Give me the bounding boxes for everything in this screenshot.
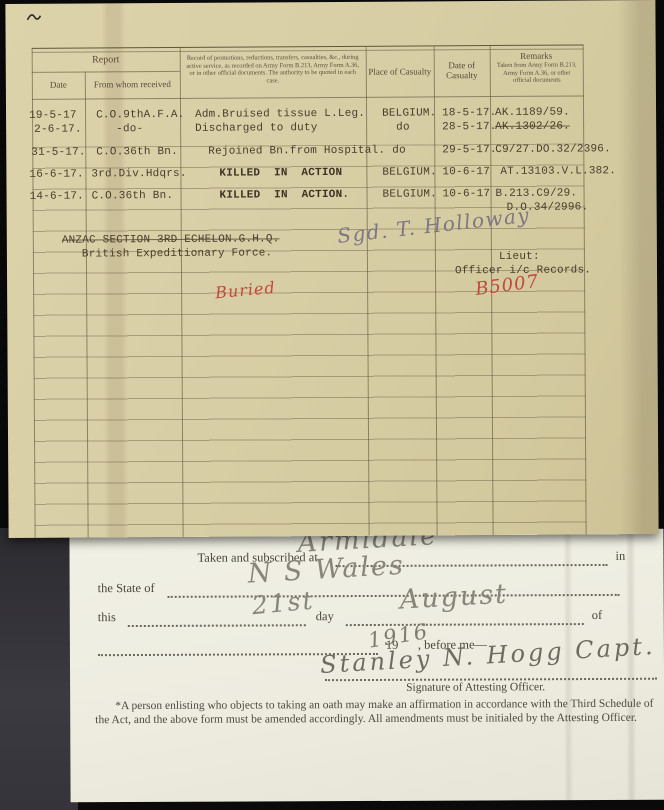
cell-record: KILLED IN ACTION bbox=[219, 167, 342, 180]
header-date: Date bbox=[32, 80, 85, 90]
cell-from-whom: -do- bbox=[116, 123, 143, 135]
header-remarks: Remarks bbox=[490, 50, 583, 61]
attest-line3-of-label: of bbox=[592, 608, 602, 623]
dotted-line bbox=[128, 623, 306, 627]
cell-casualty-date: 10-6-17 bbox=[443, 188, 491, 200]
cell-remarks: B.213.C9/29. bbox=[496, 188, 578, 200]
table-row: 2-6-17. -do- Discharged to duty do 28-5-… bbox=[5, 0, 655, 4]
dotted-line bbox=[168, 593, 620, 598]
cell-place: BELGIUM. bbox=[382, 166, 436, 178]
cell-report-date: 31-5-17. bbox=[31, 147, 85, 159]
attest-line1-suffix: in bbox=[615, 549, 625, 564]
cell-record: KILLED IN ACTION. bbox=[220, 189, 350, 202]
scan-background: Report Date From whom received Record of… bbox=[0, 0, 664, 810]
ruled-lines bbox=[32, 143, 586, 536]
cell-place: BELGIUM. bbox=[382, 107, 436, 119]
cell-from-whom: C.O.36th Bn. bbox=[96, 146, 178, 158]
cell-remarks: AK.1189/59. bbox=[495, 107, 570, 119]
cell-remarks: AT.13103.V.L.382. bbox=[500, 165, 616, 178]
signature-caption: Signature of Attesting Officer. bbox=[406, 681, 545, 694]
table-row: 19-5-17 C.O.9thA.F.A. Adm.Bruised tissue… bbox=[5, 0, 655, 4]
affirmation-footnote: *A person enlisting who objects to takin… bbox=[95, 697, 660, 727]
day-handwriting: 21st bbox=[251, 586, 316, 621]
month-handwriting: August bbox=[399, 579, 509, 616]
casualty-form-page: Report Date From whom received Record of… bbox=[5, 0, 658, 538]
header-record: Record of promotions, reductions, transf… bbox=[185, 54, 361, 85]
cell-from-whom: C.O.36th Bn. bbox=[92, 190, 174, 202]
office-rank: Lieut: bbox=[499, 251, 540, 263]
cell-place: do bbox=[392, 145, 406, 157]
attestation-page: Taken and subscribed at in Armidale the … bbox=[69, 529, 664, 803]
office-line1: ANZAC SECTION 3RD ECHELON.G.H.Q. bbox=[62, 233, 280, 246]
header-place: Place of Casualty bbox=[366, 66, 434, 76]
cell-remarks: C9/27.DO.32/2396. bbox=[495, 143, 611, 156]
attest-line2-prefix: the State of bbox=[98, 581, 155, 596]
attest-line3-day-label: day bbox=[316, 609, 334, 624]
table-row: 31-5-17. C.O.36th Bn. Rejoined Bn.from H… bbox=[5, 0, 655, 4]
cell-place: do bbox=[396, 122, 410, 134]
pen-scribble-icon bbox=[25, 10, 51, 24]
cell-report-date: 16-6-17. bbox=[29, 169, 83, 181]
cell-report-date: 14-6-17. bbox=[30, 191, 84, 203]
cell-report-date: 19-5-17 bbox=[29, 110, 77, 122]
cell-casualty-date: 28-5-17. bbox=[442, 121, 496, 133]
cell-casualty-date: 29-5-17. bbox=[442, 144, 496, 156]
header-from-whom: From whom received bbox=[85, 79, 180, 90]
header-report: Report bbox=[32, 54, 180, 66]
report-subheader-rule bbox=[32, 71, 180, 73]
cell-remarks: AK.1302/26. bbox=[495, 121, 570, 133]
cell-casualty-date: 10-6-17 bbox=[442, 166, 490, 178]
office-line2: British Expeditionary Force. bbox=[82, 247, 273, 260]
cell-record: Discharged to duty bbox=[195, 122, 317, 135]
attest-line3-prefix: this bbox=[98, 610, 116, 625]
header-date-of-casualty: Date of Casualty bbox=[434, 60, 490, 80]
header-bottom-rule bbox=[32, 95, 584, 99]
cell-casualty-date: 18-5-17. bbox=[442, 107, 496, 119]
table-row: 14-6-17. C.O.36th Bn. KILLED IN ACTION. … bbox=[5, 0, 655, 4]
cell-report-date: 2-6-17. bbox=[34, 124, 82, 136]
table-row: 16-6-17. 3rd.Div.Hdqrs. KILLED IN ACTION… bbox=[5, 0, 655, 4]
header-remarks-sub: Taken from Army Form B.213, Army Form A.… bbox=[494, 61, 580, 84]
background-grey-patch bbox=[0, 528, 78, 810]
cell-record: Rejoined Bn.from Hospital. bbox=[208, 145, 385, 158]
cell-place: BELGIUM. bbox=[383, 188, 437, 200]
cell-from-whom: C.O.9thA.F.A. bbox=[96, 109, 184, 122]
cell-record: Adm.Bruised tissue L.Leg. bbox=[195, 108, 365, 121]
cell-from-whom: 3rd.Div.Hdqrs. bbox=[91, 168, 186, 181]
